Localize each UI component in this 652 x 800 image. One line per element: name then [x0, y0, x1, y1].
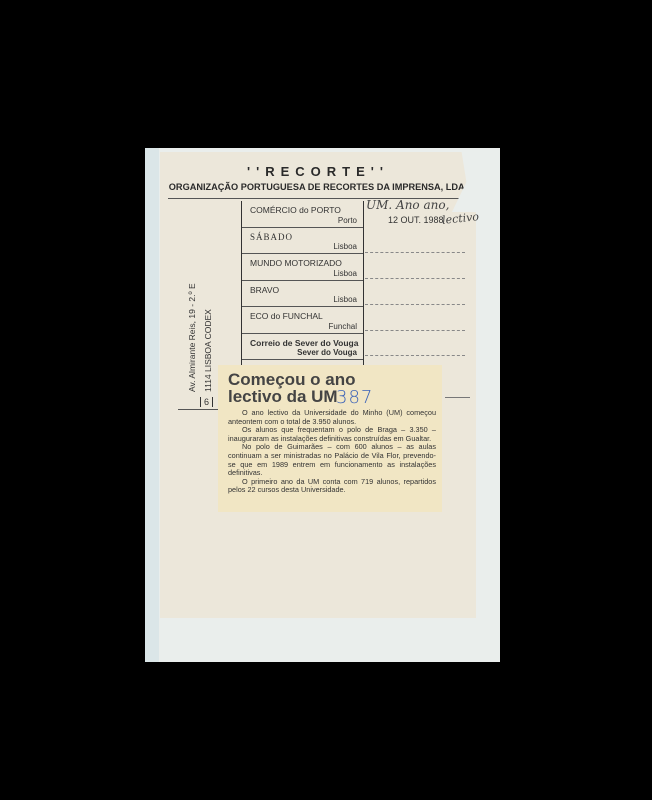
- publication-city: Lisboa: [333, 295, 357, 304]
- page-number: 6: [200, 397, 213, 407]
- article-body: O ano lectivo da Universidade do Minho (…: [228, 409, 436, 495]
- agency-address: Av. Almirante Reis, 19 - 2.º E 1114 LISB…: [184, 283, 216, 392]
- agency-subtitle: ORGANIZAÇÃO PORTUGUESA DE RECORTES DA IM…: [160, 182, 476, 192]
- publication-city: Sever do Vouga: [297, 348, 357, 357]
- dashed-line: [365, 330, 465, 331]
- dashed-line: [365, 252, 465, 253]
- handwritten-number: 387: [336, 387, 373, 408]
- publication-city: Lisboa: [333, 242, 357, 251]
- publication-name: ECO do FUNCHAL: [250, 311, 323, 321]
- article-paragraph: O primeiro ano da UM conta com 719 aluno…: [228, 478, 436, 495]
- dashed-line: [365, 278, 465, 279]
- address-line-2: 1114 LISBOA CODEX: [200, 283, 216, 392]
- publication-city: Porto: [338, 216, 357, 225]
- dashed-line: [365, 304, 465, 305]
- newspaper-clipping: Começou o ano lectivo da UM 387 O ano le…: [218, 365, 442, 512]
- publication-row: SÁBADO Lisboa: [242, 228, 363, 255]
- publication-city: Lisboa: [333, 269, 357, 278]
- publication-name: COMÉRCIO do PORTO: [250, 205, 341, 215]
- publication-city: Funchal: [329, 322, 357, 331]
- address-line-1: Av. Almirante Reis, 19 - 2.º E: [184, 283, 200, 392]
- publication-name: Correio de Sever do Vouga: [250, 338, 358, 348]
- publication-row: COMÉRCIO do PORTO Porto: [242, 201, 363, 228]
- publication-name: SÁBADO: [250, 232, 293, 242]
- headline-line-1: Começou o ano: [228, 371, 356, 388]
- publication-row: Correio de Sever do Vouga Sever do Vouga: [242, 334, 363, 361]
- divider: [445, 397, 470, 398]
- publication-row: ECO do FUNCHAL Funchal: [242, 307, 363, 334]
- publication-row: MUNDO MOTORIZADO Lisboa: [242, 254, 363, 281]
- dashed-line: [365, 355, 465, 356]
- publication-name: BRAVO: [250, 285, 279, 295]
- handwritten-note: UM. Ano ano,: [366, 198, 449, 212]
- publication-name: MUNDO MOTORIZADO: [250, 258, 342, 268]
- publication-row: BRAVO Lisboa: [242, 281, 363, 308]
- article-paragraph: Os alunos que frequentam o polo de Braga…: [228, 426, 436, 443]
- publications-table: COMÉRCIO do PORTO Porto SÁBADO Lisboa MU…: [241, 201, 364, 376]
- date-stamp: 12 OUT. 1988: [388, 215, 444, 225]
- article-paragraph: No polo de Guimarães – com 600 alunos – …: [228, 443, 436, 477]
- handwritten-note-2: lectivo: [441, 210, 479, 227]
- agency-title: ''RECORTE'': [160, 164, 476, 179]
- article-paragraph: O ano lectivo da Universidade do Minho (…: [228, 409, 436, 426]
- clipping-slip: ''RECORTE'' ORGANIZAÇÃO PORTUGUESA DE RE…: [160, 152, 476, 618]
